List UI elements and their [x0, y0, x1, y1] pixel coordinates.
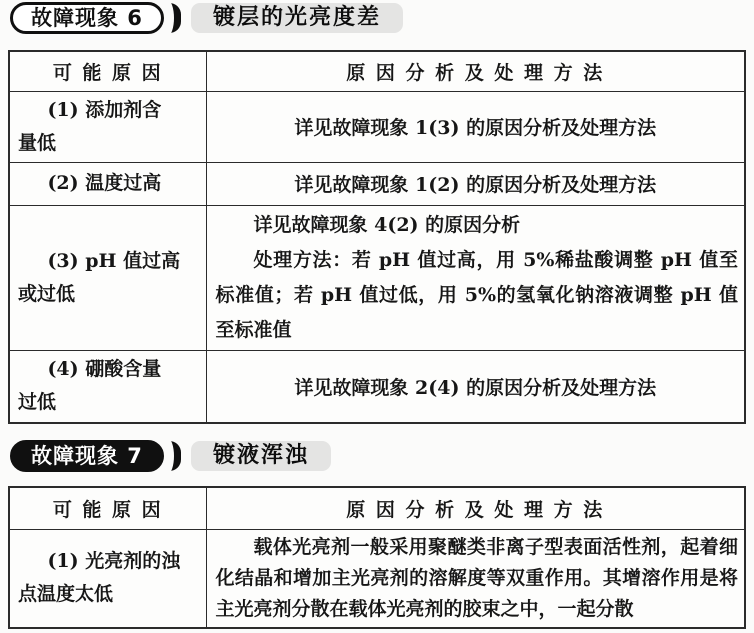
fault-badge-6: 故障现象 6 — [10, 2, 181, 34]
analysis-paragraph: 载体光亮剂一般采用聚醚类非离子型表面活性剂，起着细化结晶和增加主光亮剂的溶解度等… — [216, 532, 739, 625]
section-title-fault-7: 镀液浑浊 — [191, 441, 331, 471]
fault-badge-7-label: 故障现象 7 — [10, 440, 164, 472]
analysis-cell: 载体光亮剂一般采用聚醚类非离子型表面活性剂，起着细化结晶和增加主光亮剂的溶解度等… — [206, 529, 745, 628]
cause-cell: (4) 硼酸含量 过低 — [9, 350, 206, 423]
column-header-cause: 可 能 原 因 — [9, 487, 206, 529]
cause-cell: (1) 光亮剂的浊 点温度太低 — [9, 529, 206, 628]
table-fault-7: 可 能 原 因 原 因 分 析 及 处 理 方 法 (1) 光亮剂的浊 点温度太… — [8, 486, 746, 629]
cause-cell: (2) 温度过高 — [9, 162, 206, 205]
table-row: (1) 光亮剂的浊 点温度太低 载体光亮剂一般采用聚醚类非离子型表面活性剂，起着… — [9, 529, 745, 628]
analysis-cell: 详见故障现象 1(3) 的原因分析及处理方法 — [206, 91, 745, 162]
column-header-analysis: 原 因 分 析 及 处 理 方 法 — [206, 487, 745, 529]
method-label: 处理方法： — [254, 249, 352, 271]
section-title-fault-6: 镀层的光亮度差 — [191, 3, 403, 33]
analysis-cell: 详见故障现象 1(2) 的原因分析及处理方法 — [206, 162, 745, 205]
cause-cell: (1) 添加剂含 量低 — [9, 91, 206, 162]
method-paragraph: 处理方法：若 pH 值过高，用 5%稀盐酸调整 pH 值至标准值；若 pH 值过… — [216, 243, 739, 348]
page: 故障现象 6 镀层的光亮度差 可 能 原 因 原 因 分 析 及 处 理 方 法… — [0, 0, 754, 633]
column-header-analysis: 原 因 分 析 及 处 理 方 法 — [206, 51, 745, 91]
table-header-row: 可 能 原 因 原 因 分 析 及 处 理 方 法 — [9, 487, 745, 529]
table-row: (2) 温度过高 详见故障现象 1(2) 的原因分析及处理方法 — [9, 162, 745, 205]
analysis-paragraph: 详见故障现象 4(2) 的原因分析 — [216, 208, 739, 243]
section-header-fault-7: 故障现象 7 镀液浑浊 — [8, 440, 746, 472]
table-fault-6: 可 能 原 因 原 因 分 析 及 处 理 方 法 (1) 添加剂含 量低 详见… — [8, 50, 746, 424]
table-header-row: 可 能 原 因 原 因 分 析 及 处 理 方 法 — [9, 51, 745, 91]
fault-badge-7: 故障现象 7 — [10, 440, 181, 472]
column-header-cause: 可 能 原 因 — [9, 51, 206, 91]
table-row: (1) 添加剂含 量低 详见故障现象 1(3) 的原因分析及处理方法 — [9, 91, 745, 162]
analysis-cell: 详见故障现象 2(4) 的原因分析及处理方法 — [206, 350, 745, 423]
badge-tail-icon — [168, 441, 181, 471]
cause-cell: (3) pH 值过高 或过低 — [9, 205, 206, 350]
badge-tail-icon — [168, 3, 181, 33]
section-header-fault-6: 故障现象 6 镀层的光亮度差 — [8, 2, 746, 34]
table-row: (4) 硼酸含量 过低 详见故障现象 2(4) 的原因分析及处理方法 — [9, 350, 745, 423]
fault-badge-6-label: 故障现象 6 — [10, 2, 164, 34]
analysis-cell: 详见故障现象 4(2) 的原因分析 处理方法：若 pH 值过高，用 5%稀盐酸调… — [206, 205, 745, 350]
table-row: (3) pH 值过高 或过低 详见故障现象 4(2) 的原因分析 处理方法：若 … — [9, 205, 745, 350]
